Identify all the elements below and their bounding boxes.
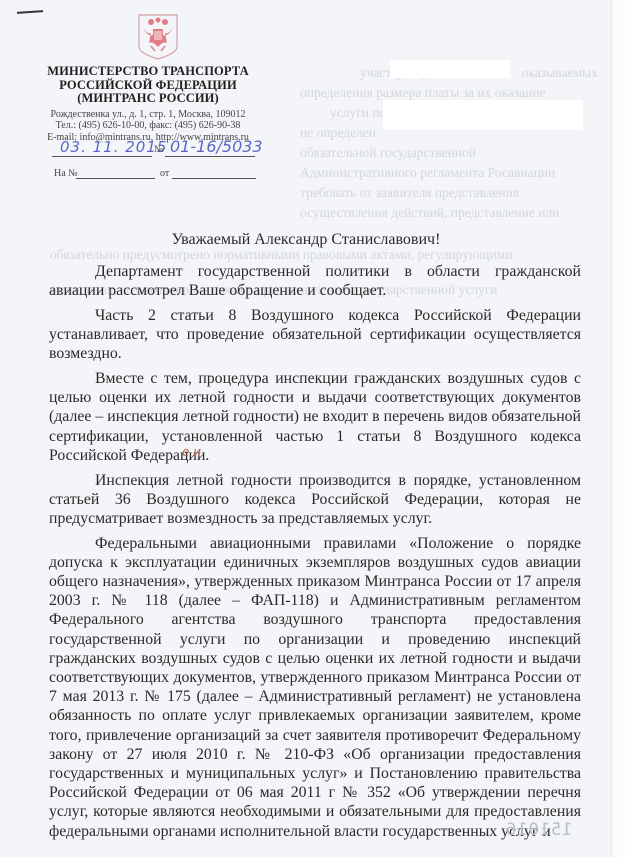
pen-mark	[17, 10, 43, 14]
bleed-through-text: осуществления действий, представление ил…	[300, 203, 559, 223]
handwritten-correction: е и	[182, 445, 201, 459]
letter-page: участвующими оказываемых определения раз…	[0, 0, 612, 857]
org-name-line-1: МИНИСТЕРСТВО ТРАНСПОРТА	[28, 65, 268, 79]
paragraph: Часть 2 статьи 8 Воздушного кодекса Росс…	[49, 306, 581, 364]
handwritten-reg-number: 01-16/5033	[170, 137, 263, 156]
ref-number-label: На №	[54, 168, 78, 179]
bleed-through-number: 151016	[505, 820, 572, 840]
bleed-through-text: требовать от заявителя представления	[300, 183, 519, 203]
paragraph: Вместе с тем, процедура инспекции гражда…	[49, 369, 581, 465]
org-address: Рождественка ул., д. 1, стр. 1, Москва, …	[28, 109, 268, 121]
letterhead: МИНИСТЕРСТВО ТРАНСПОРТА РОССИЙСКОЙ ФЕДЕР…	[28, 65, 268, 143]
paragraph: Инспекция летной годности производится в…	[49, 471, 581, 529]
ref-date-label: от	[160, 168, 169, 179]
ref-date-line	[172, 178, 256, 179]
bleed-through-text: обязательной государственной	[300, 143, 476, 163]
salutation: Уважаемый Александр Станиславович!	[0, 231, 612, 249]
number-underline	[165, 156, 255, 157]
redaction	[383, 100, 583, 130]
date-underline	[52, 156, 152, 157]
letter-body: Департамент государственной политики в о…	[49, 262, 581, 846]
coat-of-arms-icon	[133, 13, 183, 61]
org-phone: Тел.: (495) 626-10-00, факс: (495) 626-9…	[28, 120, 268, 132]
handwritten-date: 03. 11. 2015	[60, 138, 167, 156]
number-label: №	[154, 144, 164, 155]
redaction	[390, 60, 510, 78]
org-name-line-2: РОССИЙСКОЙ ФЕДЕРАЦИИ	[28, 79, 268, 93]
scan-edge	[611, 0, 625, 857]
org-name-line-3: (МИНТРАНС РОССИИ)	[28, 92, 268, 106]
paragraph: Департамент государственной политики в о…	[49, 262, 581, 300]
bleed-through-text: Административного регламента Росавиации	[300, 163, 555, 183]
paragraph: Федеральными авиационными правилами «Пол…	[49, 534, 581, 841]
bleed-through-text: не определен	[300, 123, 376, 143]
ref-number-line	[76, 178, 155, 179]
